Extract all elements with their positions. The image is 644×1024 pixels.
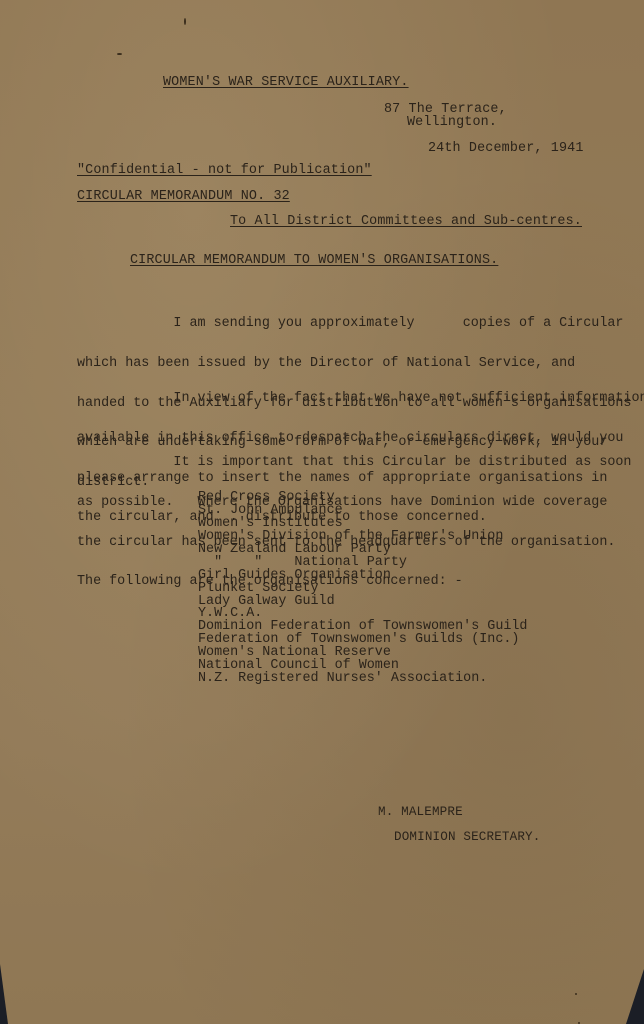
address-line-2: Wellington. (407, 116, 497, 129)
torn-corner-left (0, 964, 8, 1024)
signatory-name: M. MALEMPRE (378, 806, 463, 819)
torn-corner-right (626, 969, 644, 1024)
paper-blemish (117, 53, 122, 55)
organisation-item: N.Z. Registered Nurses' Association. (198, 673, 527, 686)
paragraph-line: In view of the fact that we have not suf… (77, 392, 644, 405)
paragraph-line: I am sending you approximately copies of… (77, 317, 631, 330)
paper-blemish (575, 993, 577, 995)
signatory-title: DOMINION SECRETARY. (394, 831, 540, 844)
recipients-line: To All District Committees and Sub-centr… (230, 215, 582, 228)
paragraph-line: It is important that this Circular be di… (77, 456, 631, 469)
organisation-heading: WOMEN'S WAR SERVICE AUXILIARY. (163, 76, 409, 89)
memo-subject: CIRCULAR MEMORANDUM TO WOMEN'S ORGANISAT… (130, 254, 498, 267)
scanned-letter-page: WOMEN'S WAR SERVICE AUXILIARY. 87 The Te… (0, 0, 644, 1024)
memo-number: CIRCULAR MEMORANDUM NO. 32 (77, 190, 290, 203)
letter-date: 24th December, 1941 (428, 142, 584, 155)
paper-blemish (184, 18, 186, 25)
organisations-list: Red Cross Society St. John Ambulance Wom… (198, 492, 527, 686)
confidential-notice: "Confidential - not for Publication" (77, 164, 372, 177)
